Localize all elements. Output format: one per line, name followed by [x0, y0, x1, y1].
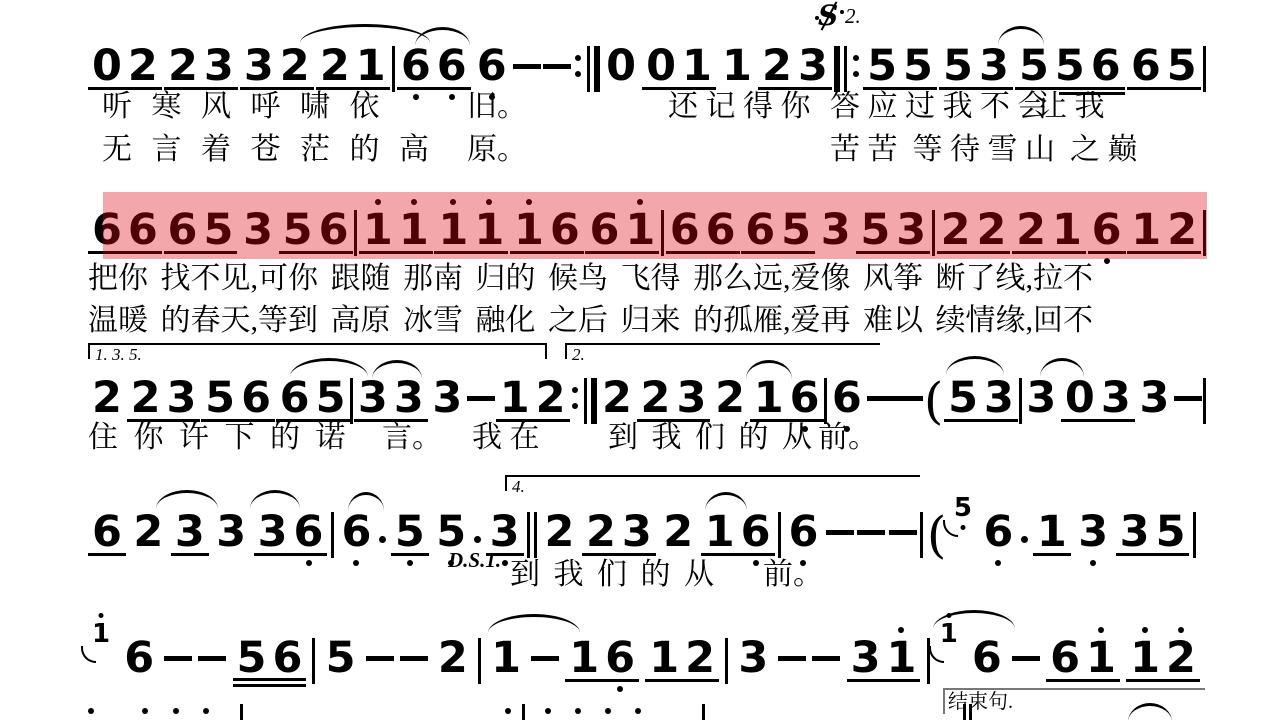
- note: 5: [436, 512, 466, 552]
- duration-dash: [1174, 396, 1202, 401]
- note-group: 1: [1033, 512, 1071, 558]
- note-digit: 2: [128, 41, 158, 91]
- note-digit: 6: [1131, 41, 1161, 91]
- note-digit: 2: [168, 41, 198, 91]
- repeat-begin-barline: [834, 46, 861, 92]
- note-digit: 6: [972, 633, 1002, 683]
- note-digit: 2: [586, 507, 616, 557]
- note-digit: 2: [280, 41, 310, 91]
- octave-dot-high: [1142, 627, 1148, 633]
- lyric-text: 到 我 们 的 从: [608, 421, 812, 455]
- note-digit: 1: [1131, 205, 1161, 255]
- note-group: 16: [701, 512, 775, 558]
- note-digit: 6: [437, 41, 467, 91]
- note-digit: 2: [1016, 205, 1046, 255]
- duration-dash: [812, 656, 840, 661]
- segno-dot: [815, 16, 819, 20]
- note: 1: [363, 210, 393, 250]
- lyric-text: 旧。: [467, 90, 527, 124]
- note: 2: [168, 46, 198, 86]
- barline: [920, 512, 923, 558]
- note-group: 53: [939, 46, 1013, 92]
- note-digit: 1: [649, 633, 679, 683]
- note-group: 5: [391, 512, 429, 558]
- note-digit: 2: [685, 633, 715, 683]
- note: 5: [1167, 46, 1197, 86]
- note-digit: 6: [670, 205, 700, 255]
- volta-bracket: 1. 3. 5.: [88, 343, 547, 361]
- barline: [1203, 210, 1206, 256]
- note-digit: 1: [399, 205, 429, 255]
- octave-dot-high: [575, 708, 581, 714]
- tie-arc: [998, 26, 1044, 45]
- note-digit: 1: [491, 633, 521, 683]
- note-group: 6: [785, 512, 823, 558]
- note-group: 66: [666, 210, 740, 256]
- note: 6: [1092, 210, 1122, 250]
- note-group: 53: [856, 210, 930, 256]
- note: 3: [896, 210, 926, 250]
- note-digit: 3: [1139, 373, 1169, 423]
- segno-dot: [840, 10, 844, 14]
- barline: [927, 638, 930, 684]
- note: 5: [781, 210, 811, 250]
- octave-dot-low: [617, 686, 623, 692]
- barline: [312, 638, 315, 684]
- duration-dash: [513, 64, 541, 69]
- note: 3: [984, 378, 1014, 418]
- octave-dot-high: [898, 627, 904, 633]
- tie-arc: [488, 614, 580, 633]
- note: 6: [1050, 638, 1080, 678]
- note-group: 01: [642, 46, 716, 92]
- note: 6: [605, 638, 635, 678]
- double-barline: [969, 704, 972, 720]
- note-digit: 2: [1166, 633, 1196, 683]
- lyric-text: 前。: [763, 558, 823, 592]
- note: 6: [790, 378, 820, 418]
- barline: [350, 378, 353, 424]
- note-group: 2: [711, 378, 749, 424]
- note: 6: [789, 512, 819, 552]
- note-group: 22: [937, 210, 1011, 256]
- note: 2: [977, 210, 1007, 250]
- note-digit: 3: [244, 41, 274, 91]
- repeat-dot: [853, 55, 859, 61]
- note: 3: [622, 512, 652, 552]
- note-group: 3: [428, 378, 466, 424]
- sheet-music-page: 0223322166600112355535566566653561111166…: [0, 0, 1280, 720]
- octave-dot-high: [605, 708, 611, 714]
- note-group: 53: [944, 378, 1018, 424]
- octave-dot-high: [450, 199, 456, 205]
- note: 0: [606, 46, 636, 86]
- note-group: 11: [434, 210, 508, 256]
- note: 3: [798, 46, 828, 86]
- note: 3: [1026, 378, 1056, 418]
- tie-arc: [705, 492, 747, 511]
- note: 2: [641, 378, 671, 418]
- volta-bracket: 2.: [565, 343, 880, 361]
- note-digit: 6: [832, 373, 862, 423]
- note-digit: 5: [948, 373, 978, 423]
- note-digit: 1: [363, 205, 393, 255]
- note: 6: [272, 638, 302, 678]
- note-digit: 6: [241, 373, 271, 423]
- note: 2: [280, 46, 310, 86]
- note-digit: 3: [851, 633, 881, 683]
- note-digit: 2: [663, 507, 693, 557]
- duration-dash: [857, 530, 885, 535]
- note-digit: 6: [789, 507, 819, 557]
- barline: [824, 378, 827, 424]
- dal-segno-mark: D.S.1.: [448, 549, 501, 571]
- barline: [354, 210, 357, 256]
- note: 6: [280, 378, 310, 418]
- note: 3: [243, 210, 273, 250]
- barline: [522, 704, 525, 720]
- note-group: 6: [968, 638, 1006, 684]
- note-group: 3: [212, 512, 250, 558]
- note: 3: [175, 512, 205, 552]
- note-digit: 2: [536, 373, 566, 423]
- lyric-text: 还 记 得 你: [668, 90, 811, 124]
- note: 6: [477, 46, 507, 86]
- note-digit: 6: [128, 205, 158, 255]
- score-element: [834, 46, 840, 92]
- note-digit: 2: [641, 373, 671, 423]
- octave-dot-high: [1178, 627, 1184, 633]
- note: 2: [320, 46, 350, 86]
- octave-dot-high: [375, 199, 381, 205]
- note: 5: [1156, 512, 1186, 552]
- note-group: 5: [322, 638, 360, 684]
- note: 6: [550, 210, 580, 250]
- note-digit: 2: [941, 205, 971, 255]
- note-group: 23: [582, 512, 656, 558]
- barline: [240, 704, 243, 720]
- note: 6: [341, 512, 371, 552]
- lyric-text: 言。: [382, 421, 442, 455]
- note-group: 33: [354, 378, 428, 424]
- note-digit: 5: [954, 493, 972, 523]
- note-digit: 6: [741, 507, 771, 557]
- barline: [331, 512, 334, 558]
- note-digit: 1: [92, 619, 110, 649]
- tie-arc: [415, 27, 470, 46]
- note-group: 3: [239, 210, 277, 256]
- note: 2: [545, 512, 575, 552]
- note-digit: 3: [432, 373, 462, 423]
- note: 3: [821, 210, 851, 250]
- note-group: 12: [1126, 638, 1200, 684]
- note-digit: 1: [682, 41, 712, 91]
- note-group: 16: [510, 210, 584, 256]
- note-group: 61: [1046, 638, 1120, 684]
- note: 6: [706, 210, 736, 250]
- barline: [778, 512, 781, 558]
- note: 1: [569, 638, 599, 678]
- note-digit: 6: [1050, 633, 1080, 683]
- duration-dash: [467, 396, 495, 401]
- note-digit: 5: [237, 633, 267, 683]
- note-digit: 6: [1091, 41, 1121, 91]
- note: 6: [168, 210, 198, 250]
- note-group: 3: [734, 638, 772, 684]
- note-digit: 1: [474, 205, 504, 255]
- note-group: 36: [254, 512, 328, 558]
- note: 3: [979, 46, 1009, 86]
- octave-dot-high: [545, 708, 551, 714]
- note: 3: [1078, 512, 1108, 552]
- note-digit: 3: [821, 205, 851, 255]
- notation-line: 16565211612331166112: [88, 638, 1200, 688]
- note-digit: 3: [243, 205, 273, 255]
- note-digit: 6: [477, 41, 507, 91]
- note-digit: 2: [602, 373, 632, 423]
- note: 1: [1052, 210, 1082, 250]
- note-group: 02: [88, 46, 162, 92]
- note-group: 23: [127, 378, 201, 424]
- note-digit: 3: [358, 373, 388, 423]
- note: 6: [128, 210, 158, 250]
- octave-dot-low: [960, 525, 965, 530]
- segno-number: 2.: [845, 4, 861, 28]
- duration-dash: [366, 656, 394, 661]
- note: 3: [216, 512, 246, 552]
- note-digit: 1: [514, 205, 544, 255]
- note: 5: [326, 638, 356, 678]
- segno-glyph: S: [818, 2, 842, 30]
- lyric-text: 到 我 们 的 从: [510, 558, 714, 592]
- note-group: 2: [541, 512, 579, 558]
- note: 2: [715, 378, 745, 418]
- note-digit: 5: [903, 41, 933, 91]
- note-digit: 6: [92, 205, 122, 255]
- duration-dash: [778, 656, 806, 661]
- tie-arc: [933, 610, 1015, 629]
- note: 1: [1086, 638, 1116, 678]
- note: 6: [972, 638, 1002, 678]
- note: 6: [1091, 46, 1121, 86]
- repeat-end-barline: [570, 378, 597, 424]
- note-digit: 3: [798, 41, 828, 91]
- note-digit: 2: [977, 205, 1007, 255]
- tie-arc: [348, 492, 384, 511]
- note-digit: 6: [319, 205, 349, 255]
- note-group: 6: [337, 512, 387, 558]
- note: 3: [738, 638, 768, 678]
- grace-note: 1: [88, 622, 114, 653]
- note: 2: [663, 512, 693, 552]
- note: 5: [203, 210, 233, 250]
- note: 3: [1139, 378, 1169, 418]
- note-group: 21: [1012, 210, 1086, 256]
- score-element: [844, 46, 847, 92]
- octave-dot-low: [306, 560, 312, 566]
- note: 6: [741, 512, 771, 552]
- note-digit: 2: [715, 373, 745, 423]
- lyric-text: 住 你 许 下 的 诺: [88, 421, 346, 455]
- note-group: 12: [645, 638, 719, 684]
- note: 1: [625, 210, 655, 250]
- barline: [392, 46, 395, 92]
- note: 1: [682, 46, 712, 86]
- note: 3: [676, 378, 706, 418]
- note: 3: [1101, 378, 1131, 418]
- note: 2: [762, 46, 792, 86]
- note-digit: 1: [1130, 633, 1160, 683]
- note-digit: 3: [167, 373, 197, 423]
- note-digit: 6: [280, 373, 310, 423]
- note-group: 2: [88, 378, 126, 424]
- note-digit: 3: [1078, 507, 1108, 557]
- duration-dash: [1012, 656, 1040, 661]
- note-digit: 3: [216, 507, 246, 557]
- note-group: 65: [164, 210, 238, 256]
- note: 5: [316, 378, 346, 418]
- note: 1: [887, 638, 917, 678]
- note: 3: [244, 46, 274, 86]
- note-digit: 6: [124, 633, 154, 683]
- barline: [1019, 378, 1022, 424]
- note-group: 65: [276, 378, 350, 424]
- octave-dot-high: [411, 199, 417, 205]
- note-group: 6: [120, 638, 158, 684]
- tie-arc: [250, 490, 300, 509]
- note-group: 61: [585, 210, 659, 256]
- note: 1: [754, 378, 784, 418]
- note: 1: [705, 512, 735, 552]
- double-barline: [527, 512, 537, 558]
- note-group: 6: [828, 378, 866, 424]
- note: 1: [1130, 638, 1160, 678]
- note-digit: 2: [545, 507, 575, 557]
- note: 1: [514, 210, 544, 250]
- note: 3: [204, 46, 234, 86]
- note: 5: [1055, 46, 1085, 86]
- lyric-text: 答 应 过 我 不 会: [830, 90, 1048, 124]
- score-element: [584, 378, 587, 424]
- note-digit: 5: [283, 205, 313, 255]
- note: 6: [241, 378, 271, 418]
- note: 0: [1065, 378, 1095, 418]
- note-group: 1: [487, 638, 525, 684]
- note-digit: 5: [781, 205, 811, 255]
- note: 5: [1019, 46, 1049, 86]
- repeat-dot: [572, 387, 578, 393]
- note: 3: [258, 512, 288, 552]
- note-group: 3: [171, 512, 209, 558]
- volta-label: 4.: [512, 478, 525, 496]
- note-digit: 3: [676, 373, 706, 423]
- grace-note: 5: [950, 496, 976, 527]
- note-digit: 3: [394, 373, 424, 423]
- duration-dash: [400, 656, 428, 661]
- note-group: 32: [240, 46, 314, 92]
- lyric-text: 听 寒 风 呼 啸 依: [102, 90, 380, 124]
- note: 1: [1131, 210, 1161, 250]
- octave-dot-low: [753, 560, 759, 566]
- note-digit: 3: [896, 205, 926, 255]
- note: 3: [358, 378, 388, 418]
- note: 2: [1167, 210, 1197, 250]
- tie-arc: [300, 24, 430, 43]
- note-group: 56: [233, 638, 307, 688]
- octave-dot-low: [449, 94, 455, 100]
- note: 1: [399, 210, 429, 250]
- repeat-dots: [575, 55, 581, 77]
- note-digit: 1: [722, 41, 752, 91]
- octave-dot-low: [995, 560, 1001, 566]
- segno-icon: S2.: [818, 2, 861, 30]
- parenthesis: (: [927, 512, 947, 558]
- octave-dot-high: [99, 613, 104, 618]
- note: 2: [941, 210, 971, 250]
- note-digit: 1: [500, 373, 530, 423]
- note: 5: [860, 210, 890, 250]
- note-group: 2: [129, 512, 167, 558]
- score-element: [594, 46, 600, 92]
- barline: [932, 210, 935, 256]
- note-group: 56: [201, 378, 275, 424]
- note-group: 2: [434, 638, 472, 684]
- note-group: 3: [1074, 512, 1112, 558]
- note: 2: [1166, 638, 1196, 678]
- note-group: 16: [565, 638, 639, 684]
- octave-dot-high: [173, 708, 179, 714]
- note-group: 66: [397, 46, 471, 92]
- note-digit: 6: [790, 373, 820, 423]
- barline: [1193, 512, 1196, 558]
- notation-line: 2235665333122232166(533033: [88, 378, 1206, 424]
- note-digit: 1: [1052, 205, 1082, 255]
- octave-dot-high: [635, 708, 641, 714]
- note-digit: 2: [320, 41, 350, 91]
- note-digit: 6: [401, 41, 431, 91]
- note: 5: [283, 210, 313, 250]
- note: 0: [646, 46, 676, 86]
- note-group: 16: [750, 378, 824, 424]
- note-digit: 5: [316, 373, 346, 423]
- note-group: 35: [1116, 512, 1190, 558]
- score-element: [591, 378, 597, 424]
- note: 5: [948, 378, 978, 418]
- octave-dot-low: [1104, 258, 1110, 264]
- barline: [478, 638, 481, 684]
- note-group: 6: [1088, 210, 1126, 256]
- note-digit: 1: [1037, 507, 1067, 557]
- note: 5: [867, 46, 897, 86]
- note: 6: [319, 210, 349, 250]
- note-group: 6: [473, 46, 511, 92]
- volta-label: 2.: [572, 346, 585, 364]
- octave-dot-high: [526, 199, 532, 205]
- note: 3: [432, 378, 462, 418]
- repeat-dots: [853, 55, 859, 77]
- note-group: 65: [741, 210, 815, 256]
- duration-dash: [543, 64, 571, 69]
- note-digit: 6: [706, 205, 736, 255]
- augmentation-dot: [379, 536, 386, 543]
- volta-label: 1. 3. 5.: [95, 346, 142, 364]
- note: 2: [1016, 210, 1046, 250]
- lyric-text: 原。: [467, 133, 527, 167]
- note-digit: 3: [1101, 373, 1131, 423]
- note: 5: [954, 496, 972, 521]
- tie-arc: [746, 360, 792, 379]
- note-digit: 2: [131, 373, 161, 423]
